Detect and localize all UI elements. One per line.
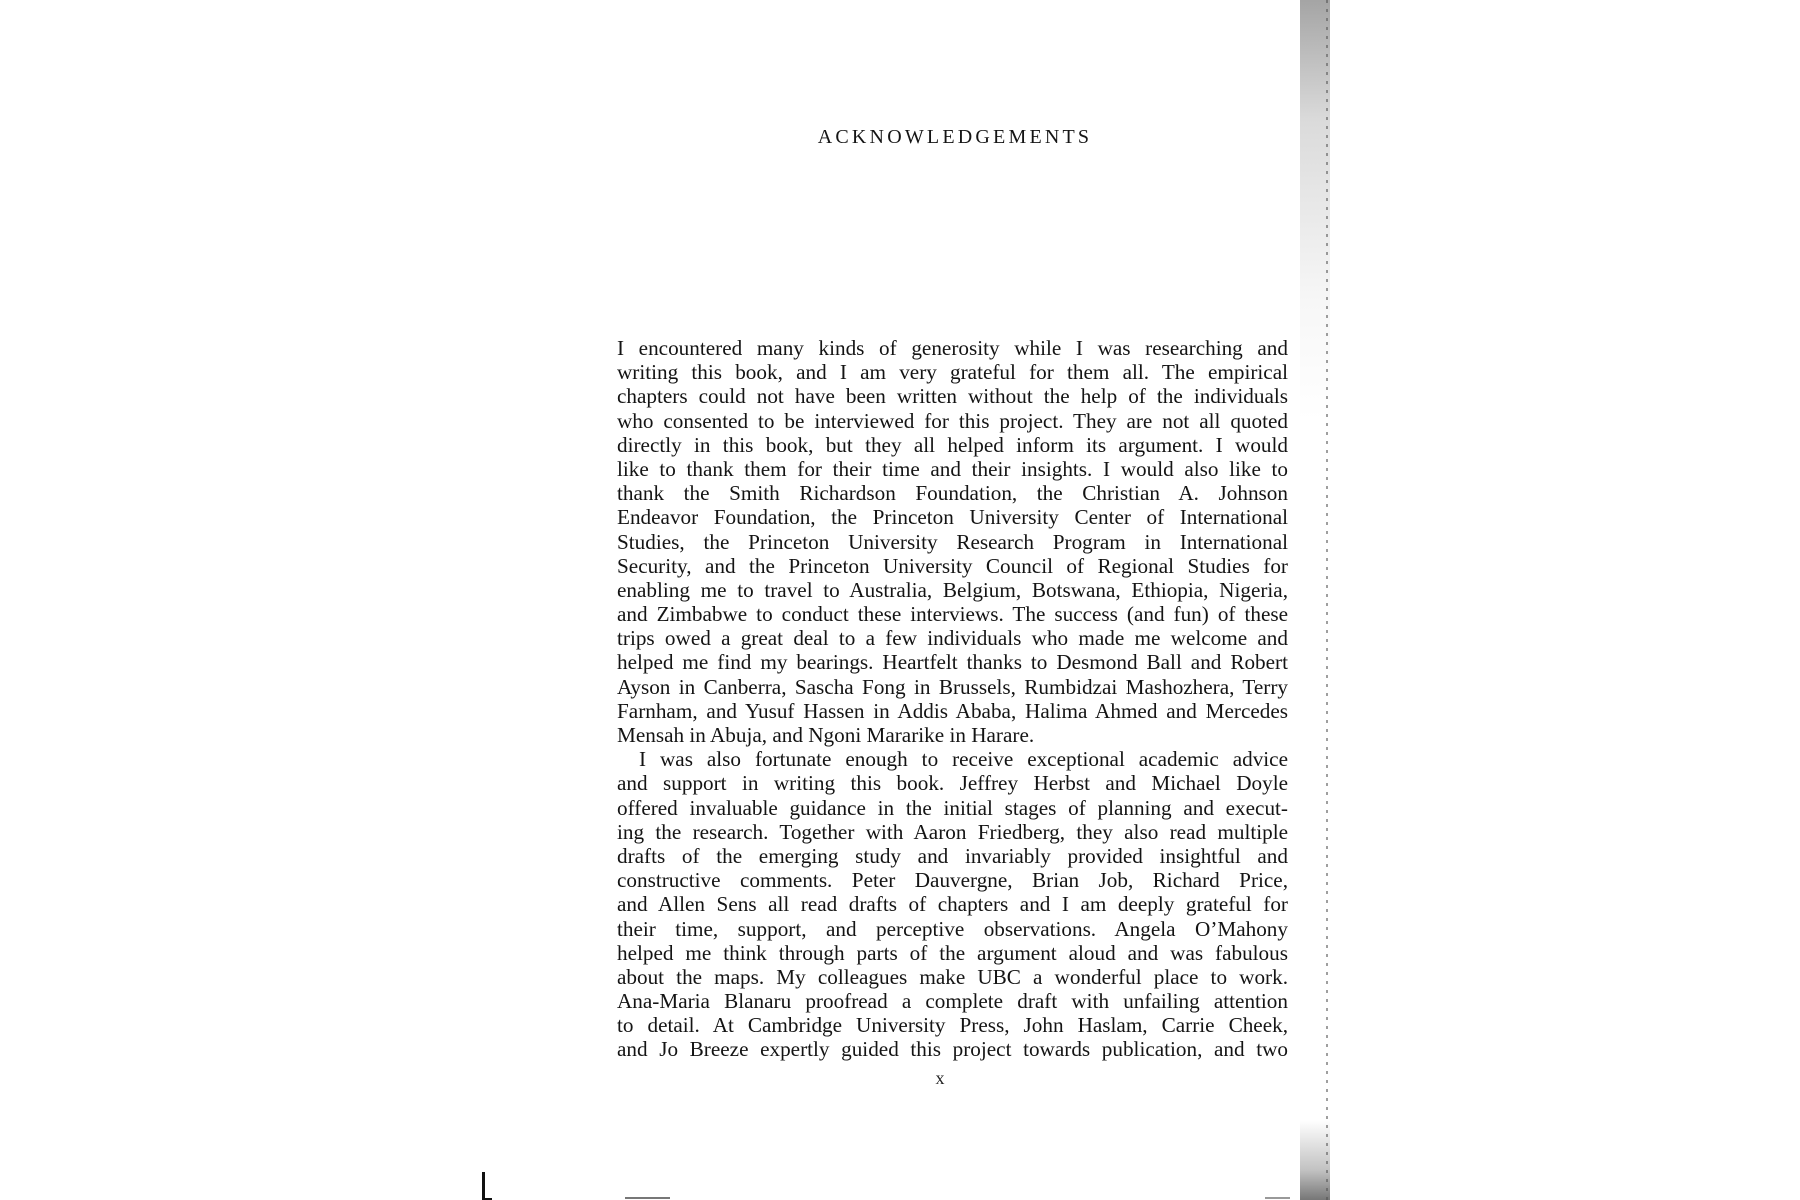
acknowledgements-body: I encountered many kinds of generosity w…	[617, 336, 1288, 1062]
text-line: to detail. At Cambridge University Press…	[617, 1013, 1288, 1037]
text-line: Security, and the Princeton University C…	[617, 554, 1288, 578]
text-line: Studies, the Princeton University Resear…	[617, 530, 1288, 554]
page-number: x	[0, 1068, 1800, 1089]
scanned-book-page: ACKNOWLEDGEMENTS I encountered many kind…	[0, 0, 1800, 1200]
text-line: Endeavor Foundation, the Princeton Unive…	[617, 505, 1288, 529]
text-line: and Allen Sens all read drafts of chapte…	[617, 892, 1288, 916]
paragraph-1: I encountered many kinds of generosity w…	[617, 336, 1288, 747]
text-line: and support in writing this book. Jeffre…	[617, 771, 1288, 795]
page-heading: ACKNOWLEDGEMENTS	[0, 126, 1800, 149]
text-line: about the maps. My colleagues make UBC a…	[617, 965, 1288, 989]
text-line: Farnham, and Yusuf Hassen in Addis Ababa…	[617, 699, 1288, 723]
text-line: I encountered many kinds of generosity w…	[617, 336, 1288, 360]
text-line: like to thank them for their time and th…	[617, 457, 1288, 481]
text-line: helped me think through parts of the arg…	[617, 941, 1288, 965]
text-line: Mensah in Abuja, and Ngoni Mararike in H…	[617, 723, 1288, 747]
text-line: constructive comments. Peter Dauvergne, …	[617, 868, 1288, 892]
text-line: drafts of the emerging study and invaria…	[617, 844, 1288, 868]
crop-mark-icon	[482, 1172, 485, 1200]
text-line: chapters could not have been written wit…	[617, 384, 1288, 408]
scan-bottom-rule	[625, 1197, 670, 1199]
text-line: helped me find my bearings. Heartfelt th…	[617, 650, 1288, 674]
text-line: thank the Smith Richardson Foundation, t…	[617, 481, 1288, 505]
text-line: their time, support, and perceptive obse…	[617, 917, 1288, 941]
text-line: ing the research. Together with Aaron Fr…	[617, 820, 1288, 844]
text-line: I was also fortunate enough to receive e…	[617, 747, 1288, 771]
text-line: Ana-Maria Blanaru proofread a complete d…	[617, 989, 1288, 1013]
text-line: who consented to be interviewed for this…	[617, 409, 1288, 433]
text-line: offered invaluable guidance in the initi…	[617, 796, 1288, 820]
text-line: and Zimbabwe to conduct these interviews…	[617, 602, 1288, 626]
scan-bottom-rule-right	[1265, 1197, 1290, 1199]
text-line: trips owed a great deal to a few individ…	[617, 626, 1288, 650]
text-line: writing this book, and I am very gratefu…	[617, 360, 1288, 384]
paragraph-2: I was also fortunate enough to receive e…	[617, 747, 1288, 1061]
scan-gutter-line	[1326, 0, 1328, 1200]
text-line: Ayson in Canberra, Sascha Fong in Brusse…	[617, 675, 1288, 699]
text-line: enabling me to travel to Australia, Belg…	[617, 578, 1288, 602]
text-line: and Jo Breeze expertly guided this proje…	[617, 1037, 1288, 1061]
text-line: directly in this book, but they all help…	[617, 433, 1288, 457]
